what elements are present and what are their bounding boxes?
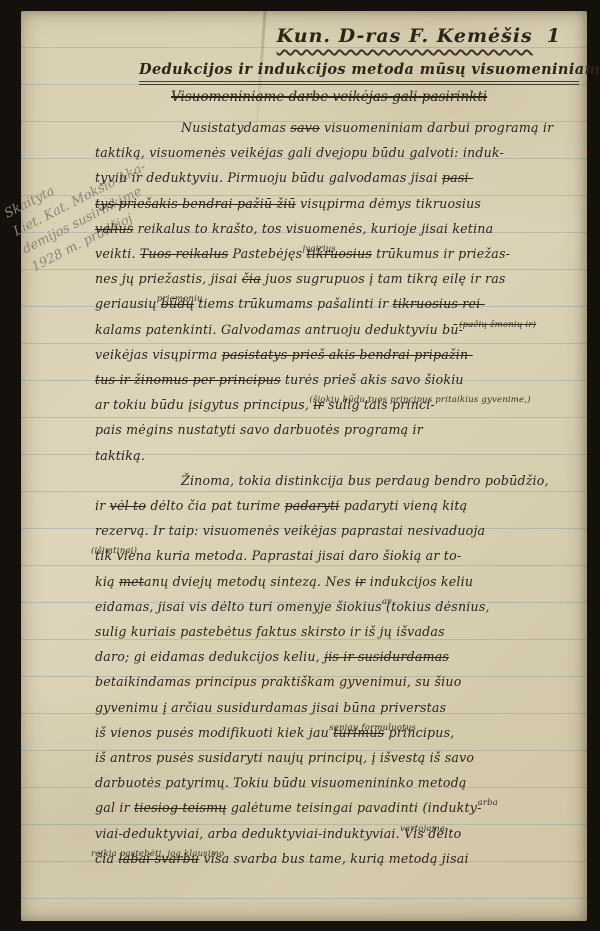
handwritten-text: pais mėgins nustatyti savo darbuotės pro… [95,422,423,437]
manuscript-line: iš antros pusės susidaryti naujų princip… [95,745,577,770]
manuscript-line: reikia pastebėti, jog klausimočia labai … [95,846,577,871]
handwritten-text: visa svarba bus tame, kurią metodą jisai [199,851,468,866]
struck-text: čia [242,271,261,286]
handwritten-text: ir [95,498,110,513]
manuscript-line: betaikindamas principus praktiškam gyven… [95,669,577,694]
handwritten-text: betaikindamas principus praktiškam gyven… [95,674,462,689]
handwritten-text: veikėjas visųpirma [95,347,222,362]
page-header: Kun. D-ras F. Kemėšis1 [21,25,561,47]
struck-text: tus ir žinomus per principus [95,372,281,387]
manuscript-line: gyvenimu į arčiau susidurdamas jisai būn… [95,695,577,720]
handwritten-text: tik viena kuria metoda. Paprastai jisai … [95,548,461,563]
manuscript-line: Nusistatydamas savo visuomeniniam darbui… [95,115,577,140]
manuscript-line: tys priešakis bendrai pažiū žiū visųpirm… [95,191,577,216]
manuscript-line: geriausių priemoniųbūdų tiems trūkumams … [95,291,577,316]
handwritten-text: (tokius dėsnius, [386,599,490,614]
author-name: Kun. D-ras F. Kemėšis [277,25,533,47]
manuscript-line: rezervą. Ir taip: visuomenės veikėjas pa… [95,518,577,543]
handwritten-text: visųpirma dėmys tikruosius [296,196,481,211]
handwritten-text: viai-deduktyviai, arba deduktyviai-induk… [95,826,404,841]
struck-text: Tuos reikalus [140,246,228,261]
manuscript-line: veikėjas visųpirma pasistatys prieš akis… [95,342,577,367]
manuscript-line: darbuotės patyrimų. Tokiu būdu visuomeni… [95,770,577,795]
handwritten-text: iš vienos pusės modifikuoti kiek jau [95,725,333,740]
manuscript-line: Žinoma, tokia distinkcija bus perdaug be… [95,468,577,493]
handwritten-text: tiems trūkumams pašalinti ir [194,296,393,311]
manuscript-line: viai-deduktyviai, arba deduktyviai-induk… [95,821,577,846]
document-title: Dedukcijos ir indukcijos metoda mūsų vis… [139,61,579,85]
handwritten-text: geriausių [95,296,161,311]
handwritten-text: gal ir [95,800,134,815]
manuscript-body: Nusistatydamas savo visuomeniniam darbui… [95,115,577,871]
manuscript-page: Kun. D-ras F. Kemėšis1 Dedukcijos ir ind… [21,11,587,921]
handwritten-text: veikti. [95,246,140,261]
handwritten-text: tyviu ir deduktyviu. Pirmuoju būdu galvo… [95,170,442,185]
handwritten-text: juos sugrupuos į tam tikrą eilę ir ras [261,271,506,286]
handwritten-text: darbuotės patyrimų. Tokiu būdu visuomeni… [95,775,467,790]
struck-text: jis ir susidurdamas [324,649,449,664]
manuscript-line: tus ir žinomus per principus turės prieš… [95,367,577,392]
struck-text: savo [290,120,319,135]
handwritten-text: taktiką, visuomenės veikėjas gali dvejop… [95,145,504,160]
handwritten-text: eidamas, jisai vis dėlto turi omenyje ši… [95,599,386,614]
handwritten-text: Nusistatydamas [181,120,290,135]
struck-text: met [119,574,144,589]
handwritten-text: ar tokiu būdu įsigytus principus, [95,397,313,412]
struck-text: ir [355,574,365,589]
manuscript-line: nes jų priežastis, jisai čia juos sugrup… [95,266,577,291]
manuscript-line: gal ir tiesiog teismų galėtume teisingai… [95,795,577,820]
handwritten-text: trūkumus ir priežas- [372,246,510,261]
manuscript-line: sulig kuriais pastebėtus faktus skirsto … [95,619,577,644]
struck-text: tikruosius rei- [393,296,485,311]
handwritten-text: Žinoma, tokia distinkcija bus perdaug be… [181,473,549,488]
manuscript-line: valius reikalus to krašto, tos visuomenė… [95,216,577,241]
manuscript-line: eidamas, jisai vis dėlto turi omenyje ši… [95,594,577,619]
manuscript-line: tyviu ir deduktyviu. Pirmuoju būdu galvo… [95,165,577,190]
struck-text: vėl to [110,498,146,513]
struck-text: pasi- [442,170,473,185]
manuscript-line: iš vienos pusės modifikuoti kiek jau sen… [95,720,577,745]
page-number: 1 [547,25,561,47]
manuscript-line: pais mėgins nustatyti savo darbuotės pro… [95,417,577,442]
struck-subtitle: Visuomeniniame darbe veikėjas gali pasir… [171,89,571,105]
handwritten-text: indukcijos keliu [366,574,474,589]
manuscript-line: kalams patenkinti. Galvodamas antruoju d… [95,317,577,342]
manuscript-line: taktiką, visuomenės veikėjas gali dvejop… [95,140,577,165]
manuscript-line: daro; gi eidamas dedukcijos keliu, jis i… [95,644,577,669]
handwritten-text: reikalus to krašto, tos visuomenės, kuri… [133,221,493,236]
struck-text: valius [95,221,133,236]
struck-text: tiesiog teismų [134,800,227,815]
handwritten-text: gyvenimu į arčiau susidurdamas jisai būn… [95,700,446,715]
handwritten-text: rezervą. Ir taip: visuomenės veikėjas pa… [95,523,485,538]
handwritten-text: daro; gi eidamas dedukcijos keliu, [95,649,324,664]
handwritten-text: galėtume teisingai pavadinti (indukty- [227,800,482,815]
handwritten-text: iš antros pusės susidaryti naujų princip… [95,750,474,765]
handwritten-text: padaryti vieną kitą [340,498,468,513]
struck-text: pasistatys prieš akis bendrai pripažin- [222,347,473,362]
manuscript-line: (išimtinai)tik viena kuria metoda. Papra… [95,543,577,568]
manuscript-scan: Kun. D-ras F. Kemėšis1 Dedukcijos ir ind… [0,0,600,931]
manuscript-line: kią metanų dviejų metodų sintezą. Nes ir… [95,569,577,594]
handwritten-text: taktiką. [95,448,145,463]
handwritten-text: turės prieš akis savo šiokiu [281,372,464,387]
handwritten-text: kalams patenkinti. Galvodamas antruoju d… [95,322,463,337]
manuscript-line: veikti. Tuos reikalus Pastebėjęs įvairiu… [95,241,577,266]
struck-text: tys priešakis bendrai pažiū žiū [95,196,296,211]
manuscript-line: ir vėl to dėlto čia pat turime padaryti … [95,493,577,518]
manuscript-line: taktiką. [95,443,577,468]
handwritten-text: Pastebėjęs [228,246,306,261]
handwritten-text: anų dviejų metodų sintezą. Nes [144,574,355,589]
handwritten-text: nes jų priežastis, jisai [95,271,242,286]
handwritten-text: dėlto čia pat turime [146,498,284,513]
struck-text: padaryti [285,498,340,513]
manuscript-line: ar tokiu būdu įsigytus principus, (šioki… [95,392,577,417]
handwritten-text: visuomeniniam darbui programą ir [320,120,554,135]
handwritten-text: kią [95,574,119,589]
handwritten-text: sulig kuriais pastebėtus faktus skirsto … [95,624,445,639]
